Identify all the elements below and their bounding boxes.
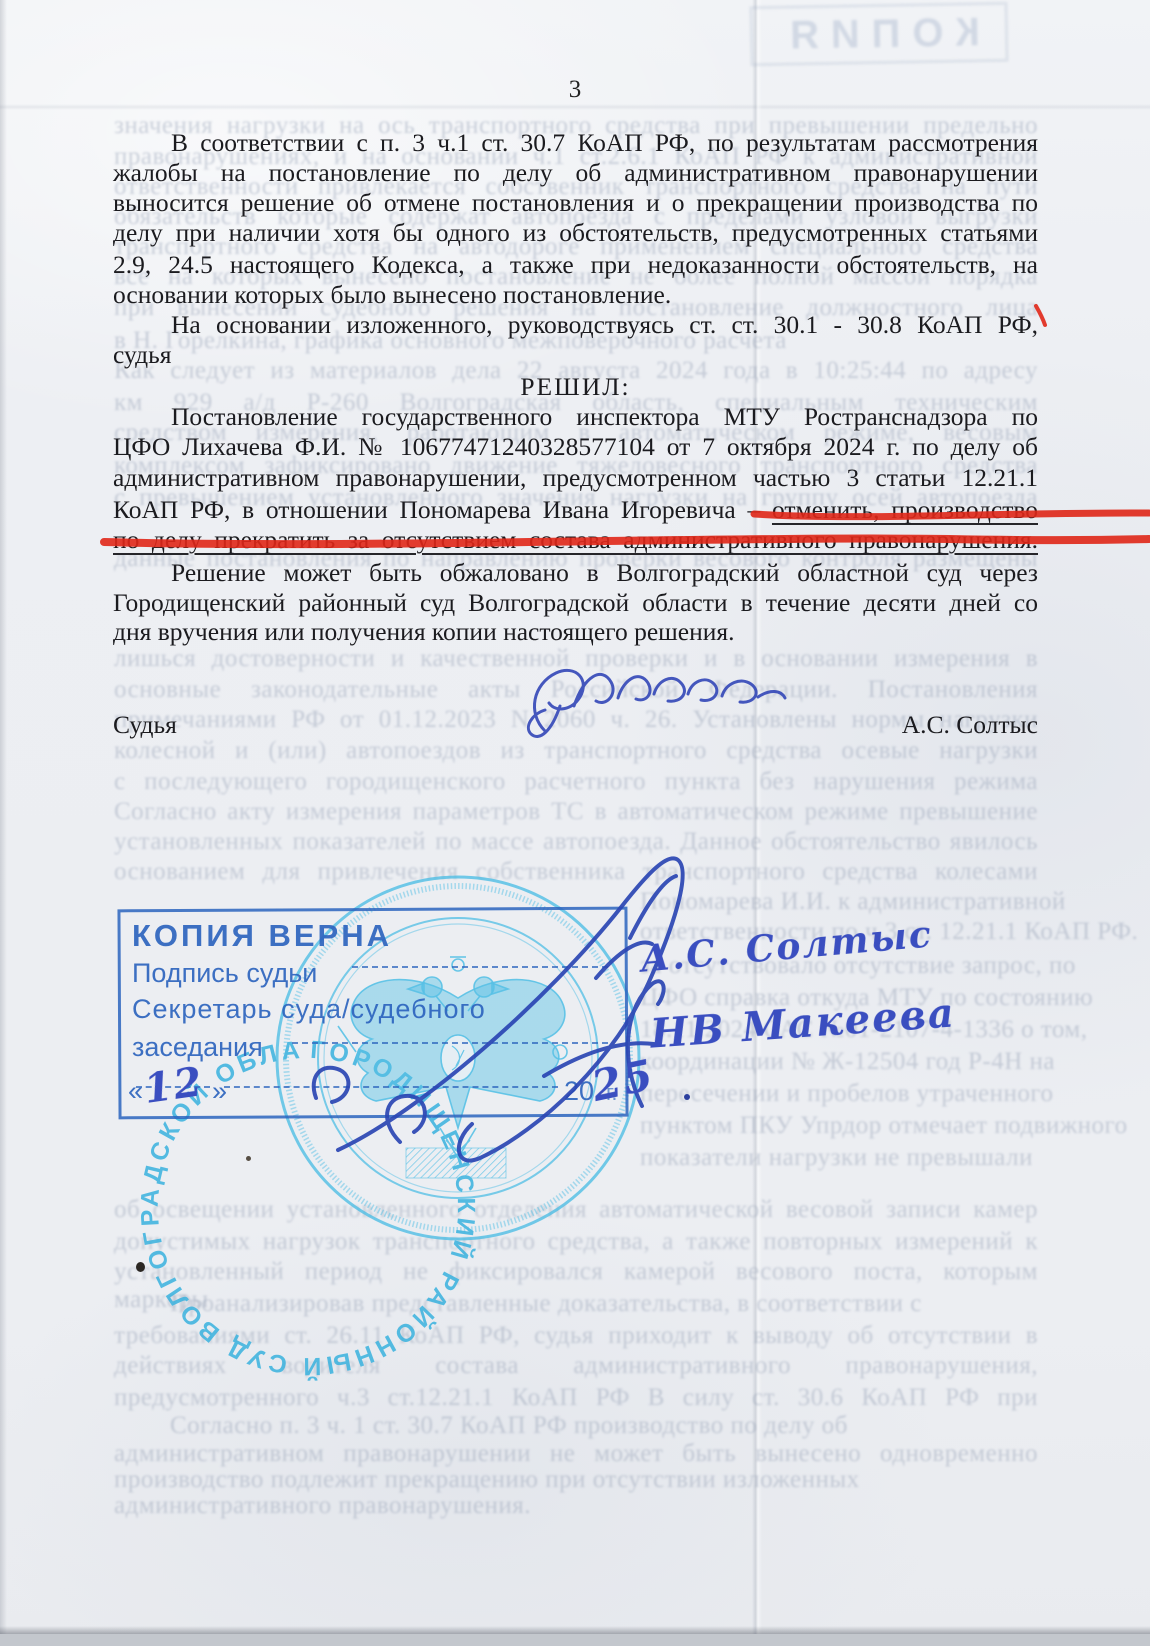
dirt-speck	[246, 1156, 251, 1161]
handwriting-layer: 1225А.С. СолтысНВ Макеева	[0, 0, 1150, 1646]
ink-dot	[684, 1094, 690, 1100]
handwritten-text: 12	[141, 1058, 207, 1113]
handwritten-text: А.С. Солтыс	[639, 913, 935, 980]
handwritten-text: НВ Макеева	[649, 989, 957, 1057]
dirt-speck	[136, 1262, 145, 1272]
scanned-document: { "page_number": "3", "colors": { "paper…	[0, 0, 1150, 1646]
handwritten-text: 25	[588, 1050, 659, 1111]
